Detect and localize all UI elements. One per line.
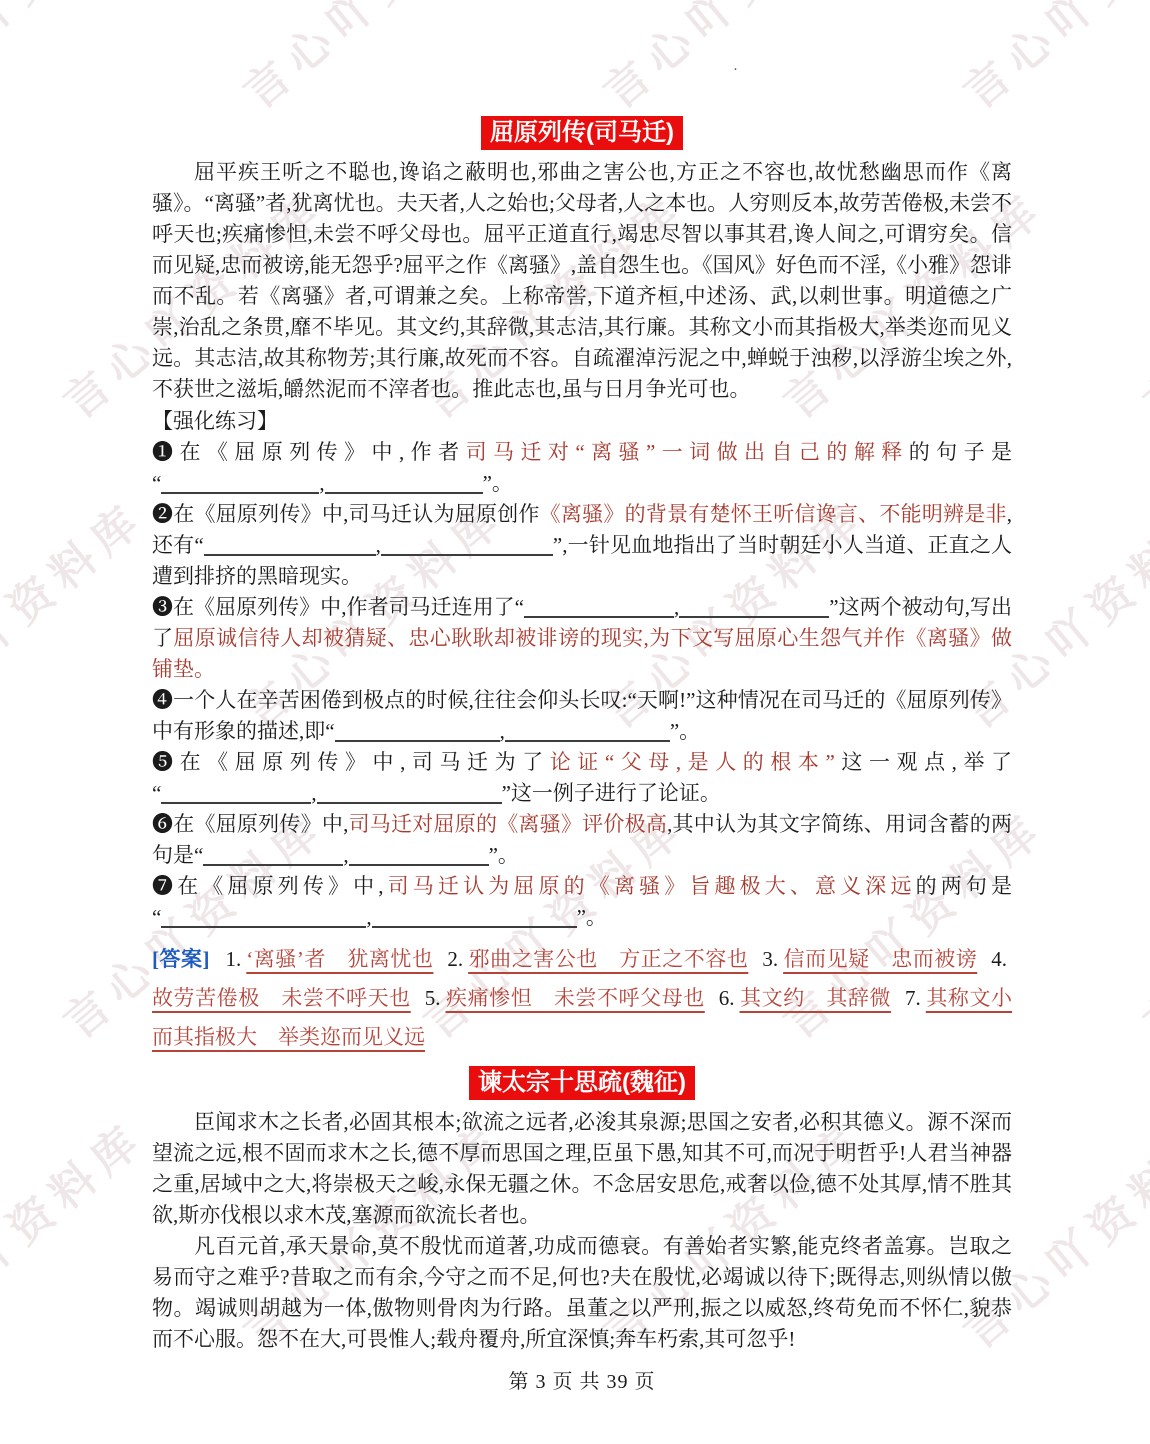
quoted-blank-group: “,”。: [152, 905, 607, 929]
fill-in-blank-line: [325, 476, 483, 494]
highlight-text: 司马迁认为屈原的《离骚》旨趣极大、意义深远: [384, 874, 916, 898]
practice-items: ❶在《屈原列传》中,作者司马迁对“离骚”一词做出自己的解释的句子是“,”。❷在《…: [152, 437, 1012, 933]
text-segment: 在《屈原列传》中,作者: [179, 440, 465, 464]
quoted-blank-group: “,”: [194, 533, 562, 557]
item-number-icon: ❷: [152, 502, 173, 526]
answer-text: 疾痛惨怛 未尝不呼父母也: [445, 986, 704, 1010]
practice-item: ❹一个人在辛苦困倦到极点的时候,往往会仰头长叹:“天啊!”这种情况在司马迁的《屈…: [152, 685, 1012, 747]
watermark-text: 言心吖资料库: [0, 1103, 157, 1360]
text-segment: 在《屈原列传》中,: [173, 812, 348, 836]
text-segment: ”。: [577, 905, 607, 929]
fill-in-blank-line: [381, 538, 553, 556]
text-segment: “: [152, 905, 161, 929]
highlight-text: 论证“父母,是人的根本”: [550, 750, 835, 774]
highlight-text: 《离骚》的背景有楚怀王听信谗言、不能明辨是非: [540, 502, 1007, 526]
answer-text: 其文约 其辞微: [740, 986, 892, 1010]
quoted-blank-group: “,”: [152, 781, 511, 805]
fill-in-blank-line: [349, 848, 489, 866]
text-segment: “: [325, 719, 334, 743]
answer-text: 邪曲之害公也 方正之不容也: [468, 947, 748, 971]
practice-item: ❶在《屈原列传》中,作者司马迁对“离骚”一词做出自己的解释的句子是“,”。: [152, 437, 1012, 499]
text-segment: ”: [829, 595, 838, 619]
watermark-text: 言心吖资料库: [0, 0, 157, 121]
fill-in-blank-line: [317, 786, 502, 804]
answer-number: 5.: [425, 986, 441, 1010]
fill-in-blank-line: [524, 600, 674, 618]
text-segment: 这一观点,举了: [835, 750, 1012, 774]
fill-in-blank-line: [161, 476, 319, 494]
text-segment: “: [194, 843, 203, 867]
watermark-text: 言心吖资料库: [947, 0, 1150, 121]
page-footer: 第 3 页 共 39 页: [152, 1367, 1012, 1398]
watermark-text: 言心吖资料库: [227, 0, 516, 121]
text-segment: ”。: [489, 843, 519, 867]
quoted-blank-group: “,”。: [194, 843, 519, 867]
answer-number: 2.: [447, 947, 463, 971]
item-number-icon: ❼: [152, 874, 177, 898]
highlight-text: 屈原诚信待人却被猜疑、忠心耿耿却被诽谤的现实,为下文写屈原心生怨气并作《离骚》做…: [152, 626, 1012, 681]
item-number-icon: ❻: [152, 812, 173, 836]
text-segment: 的句子是: [909, 440, 1012, 464]
quoted-blank-group: “,”: [515, 595, 839, 619]
text-segment: ”: [553, 533, 562, 557]
text-segment: “: [515, 595, 524, 619]
answer-text: ‘离骚’者 犹离忧也: [246, 947, 433, 971]
text-segment: ”。: [483, 471, 513, 495]
text-segment: “: [152, 471, 161, 495]
text-segment: ”。: [670, 719, 700, 743]
practice-item: ❸在《屈原列传》中,作者司马迁连用了“,”这两个被动句,写出了屈原诚信待人却被猜…: [152, 592, 1012, 685]
text-segment: ”: [502, 781, 511, 805]
fill-in-blank-line: [203, 848, 343, 866]
item-number-icon: ❺: [152, 750, 180, 774]
text-segment: 在《屈原列传》中,作者司马迁连用了: [173, 595, 515, 619]
watermark-text: 言心吖资料库: [1127, 173, 1150, 430]
article2-para-1: 臣闻求木之长者,必固其根本;欲流之远者,必浚其泉源;思国之安者,必积其德义。源不…: [152, 1107, 1012, 1231]
article1-title-row: 屈原列传(司马迁): [152, 114, 1012, 152]
practice-item: ❷在《屈原列传》中,司马迁认为屈原创作《离骚》的背景有楚怀王听信谗言、不能明辨是…: [152, 499, 1012, 592]
watermark-text: 言心吖资料库: [587, 0, 876, 121]
watermark-text: 言心吖资料库: [1127, 793, 1150, 1050]
highlight-text: 司马迁对屈原的《离骚》评价极高: [348, 812, 667, 836]
fill-in-blank-line: [204, 538, 376, 556]
item-number-icon: ❹: [152, 688, 173, 712]
quoted-blank-group: “,”。: [152, 471, 513, 495]
fill-in-blank-line: [335, 724, 500, 742]
text-segment: 在《屈原列传》中,司马迁为了: [180, 750, 550, 774]
fill-in-blank-line: [372, 910, 577, 928]
stray-dot: ·: [733, 62, 738, 79]
fill-in-blank-line: [505, 724, 670, 742]
text-segment: 在《屈原列传》中,司马迁认为屈原创作: [173, 502, 539, 526]
article2-title-banner: 谏太宗十思疏(魏征): [469, 1066, 695, 1100]
item-number-icon: ❶: [152, 440, 179, 464]
fill-in-blank-line: [161, 786, 311, 804]
page-content: 屈原列传(司马迁) 屈平疾王听之不聪也,谗谄之蔽明也,邪曲之害公也,方正之不容也…: [152, 114, 1012, 1398]
watermark-text: 言心吖资料库: [0, 483, 157, 740]
answers-inline: 1.‘离骚’者 犹离忧也2.邪曲之害公也 方正之不容也3.信而见疑 忠而被谤4.…: [152, 947, 1012, 1049]
practice-item: ❻在《屈原列传》中,司马迁对屈原的《离骚》评价极高,其中认为其文字简练、用词含蓄…: [152, 809, 1012, 871]
practice-header: 【强化练习】: [152, 406, 1012, 437]
item-number-icon: ❸: [152, 595, 173, 619]
answer-number: 1.: [226, 947, 242, 971]
text-segment: 在《屈原列传》中,: [177, 874, 383, 898]
answer-number: 7.: [905, 986, 921, 1010]
quoted-blank-group: “,”。: [325, 719, 700, 743]
article2-title-row: 谏太宗十思疏(魏征): [152, 1064, 1012, 1102]
fill-in-blank-line: [161, 910, 366, 928]
practice-item: ❺在《屈原列传》中,司马迁为了论证“父母,是人的根本”这一观点,举了“,”这一例…: [152, 747, 1012, 809]
answers-label: [答案]: [152, 947, 210, 971]
document-page: 言心吖资料库言心吖资料库言心吖资料库言心吖资料库言心吖资料库言心吖资料库言心吖资…: [0, 0, 1150, 1444]
answers-block: [答案]1.‘离骚’者 犹离忧也2.邪曲之害公也 方正之不容也3.信而见疑 忠而…: [152, 940, 1012, 1057]
answer-text: 信而见疑 忠而被谤: [783, 947, 977, 971]
fill-in-blank-line: [679, 600, 829, 618]
answer-number: 4.: [991, 947, 1007, 971]
answer-number: 3.: [762, 947, 778, 971]
answer-number: 6.: [719, 986, 735, 1010]
article1-title-banner: 屈原列传(司马迁): [481, 116, 683, 150]
practice-item: ❼在《屈原列传》中,司马迁认为屈原的《离骚》旨趣极大、意义深远的两句是“,”。: [152, 871, 1012, 933]
text-segment: “: [194, 533, 203, 557]
text-segment: 的两句是: [916, 874, 1012, 898]
text-segment: 这一例子进行了论证。: [511, 781, 721, 805]
answer-text: 故劳苦倦极 未尝不呼天也: [152, 986, 411, 1010]
text-segment: “: [152, 781, 161, 805]
article1-body: 屈平疾王听之不聪也,谗谄之蔽明也,邪曲之害公也,方正之不容也,故忧愁幽思而作《离…: [152, 157, 1012, 405]
highlight-text: 司马迁对“离骚”一词做出自己的解释: [466, 440, 909, 464]
article2-para-2: 凡百元首,承天景命,莫不殷忧而道著,功成而德衰。有善始者实繁,能克终者盖寡。岂取…: [152, 1231, 1012, 1355]
